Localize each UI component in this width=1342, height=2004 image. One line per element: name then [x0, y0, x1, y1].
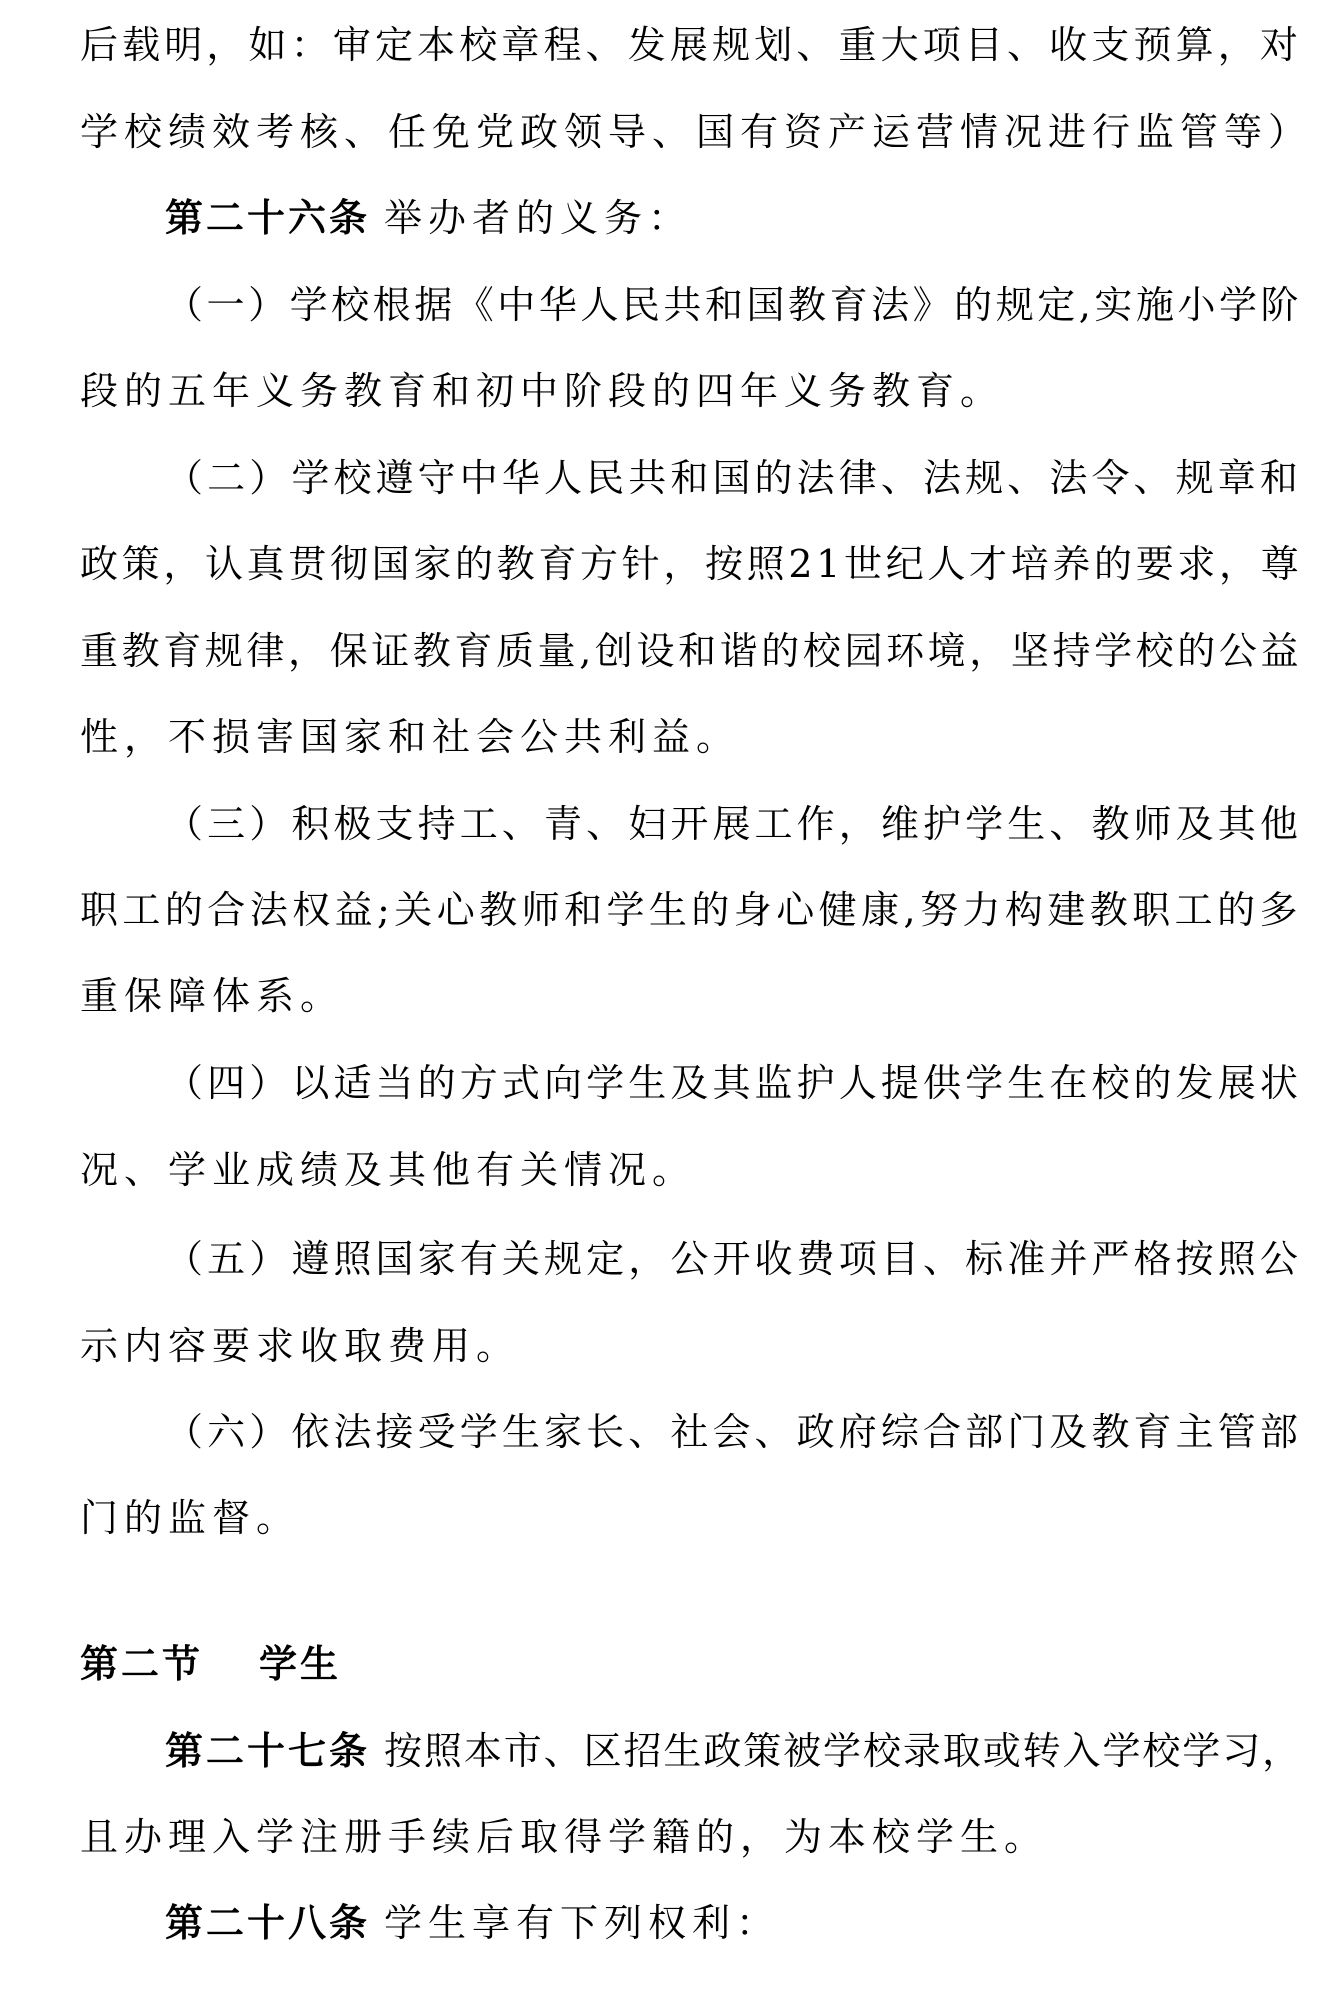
text-line: 示内容要求收取费用。 — [80, 1322, 1302, 1370]
clause-1-line: （一）学校根据《中华人民共和国教育法》的规定,实施小学阶 — [165, 281, 1302, 329]
paragraph-text: 性，不损害国家和社会公共利益。 — [80, 715, 740, 759]
section-heading: 第二节学生 — [80, 1640, 1302, 1688]
paragraph-text: 且办理入学注册手续后取得学籍的，为本校学生。 — [80, 1815, 1048, 1859]
article-number: 第二十六条 — [165, 196, 370, 240]
text-line: 况、学业成绩及其他有关情况。 — [80, 1146, 1302, 1194]
clause-5-line: （五）遵照国家有关规定，公开收费项目、标准并严格按照公 — [165, 1235, 1302, 1283]
text-line: 重保障体系。 — [80, 972, 1302, 1020]
paragraph-text: 门的监督。 — [80, 1496, 300, 1540]
article-28-line: 第二十八条学生享有下列权利： — [165, 1899, 1302, 1947]
paragraph-text: （五）遵照国家有关规定，公开收费项目、标准并严格按照公 — [165, 1237, 1302, 1281]
article-text: 学生享有下列权利： — [384, 1901, 780, 1945]
clause-2-line: （二）学校遵守中华人民共和国的法律、法规、法令、规章和 — [165, 454, 1302, 502]
paragraph-text: （四）以适当的方式向学生及其监护人提供学生在校的发展状 — [165, 1061, 1302, 1105]
article-number: 第二十七条 — [165, 1729, 370, 1773]
paragraph-text: 示内容要求收取费用。 — [80, 1324, 520, 1368]
text-line: 重教育规律，保证教育质量,创设和谐的校园环境，坚持学校的公益 — [80, 627, 1302, 675]
text-line: 学校绩效考核、任免党政领导、国有资产运营情况进行监管等） — [80, 108, 1302, 156]
article-27-line: 第二十七条按照本市、区招生政策被学校录取或转入学校学习， — [165, 1727, 1302, 1775]
clause-4-line: （四）以适当的方式向学生及其监护人提供学生在校的发展状 — [165, 1059, 1302, 1107]
paragraph-text: 政策，认真贯彻国家的教育方针，按照21世纪人才培养的要求，尊 — [80, 542, 1302, 586]
section-title: 学生 — [259, 1642, 341, 1686]
text-line: 后载明，如：审定本校章程、发展规划、重大项目、收支预算，对 — [80, 21, 1302, 69]
paragraph-text: 后载明，如：审定本校章程、发展规划、重大项目、收支预算，对 — [80, 23, 1302, 67]
text-line: 性，不损害国家和社会公共利益。 — [80, 713, 1302, 761]
article-number: 第二十八条 — [165, 1901, 370, 1945]
clause-6-line: （六）依法接受学生家长、社会、政府综合部门及教育主管部 — [165, 1408, 1302, 1456]
clause-3-line: （三）积极支持工、青、妇开展工作，维护学生、教师及其他 — [165, 800, 1302, 848]
text-line: 段的五年义务教育和初中阶段的四年义务教育。 — [80, 367, 1302, 415]
paragraph-text: （二）学校遵守中华人民共和国的法律、法规、法令、规章和 — [165, 456, 1302, 500]
paragraph-text: 学校绩效考核、任免党政领导、国有资产运营情况进行监管等） — [80, 110, 1312, 154]
paragraph-text: （六）依法接受学生家长、社会、政府综合部门及教育主管部 — [165, 1410, 1302, 1454]
text-line: 政策，认真贯彻国家的教育方针，按照21世纪人才培养的要求，尊 — [80, 540, 1302, 588]
paragraph-text: 重教育规律，保证教育质量,创设和谐的校园环境，坚持学校的公益 — [80, 629, 1302, 673]
article-26-heading-line: 第二十六条举办者的义务： — [165, 194, 1302, 242]
article-title: 举办者的义务： — [384, 196, 692, 240]
text-line: 且办理入学注册手续后取得学籍的，为本校学生。 — [80, 1813, 1302, 1861]
paragraph-text: （三）积极支持工、青、妇开展工作，维护学生、教师及其他 — [165, 802, 1302, 846]
text-line: 门的监督。 — [80, 1494, 1302, 1542]
paragraph-text: 况、学业成绩及其他有关情况。 — [80, 1148, 696, 1192]
paragraph-text: 重保障体系。 — [80, 974, 344, 1018]
document-page: 后载明，如：审定本校章程、发展规划、重大项目、收支预算，对 学校绩效考核、任免党… — [0, 0, 1342, 2004]
paragraph-text: 职工的合法权益;关心教师和学生的身心健康,努力构建教职工的多 — [80, 888, 1302, 932]
section-number: 第二节 — [80, 1642, 203, 1686]
paragraph-text: 段的五年义务教育和初中阶段的四年义务教育。 — [80, 369, 1004, 413]
article-text: 按照本市、区招生政策被学校录取或转入学校学习， — [384, 1729, 1302, 1773]
paragraph-text: （一）学校根据《中华人民共和国教育法》的规定,实施小学阶 — [165, 283, 1302, 327]
text-line: 职工的合法权益;关心教师和学生的身心健康,努力构建教职工的多 — [80, 886, 1302, 934]
